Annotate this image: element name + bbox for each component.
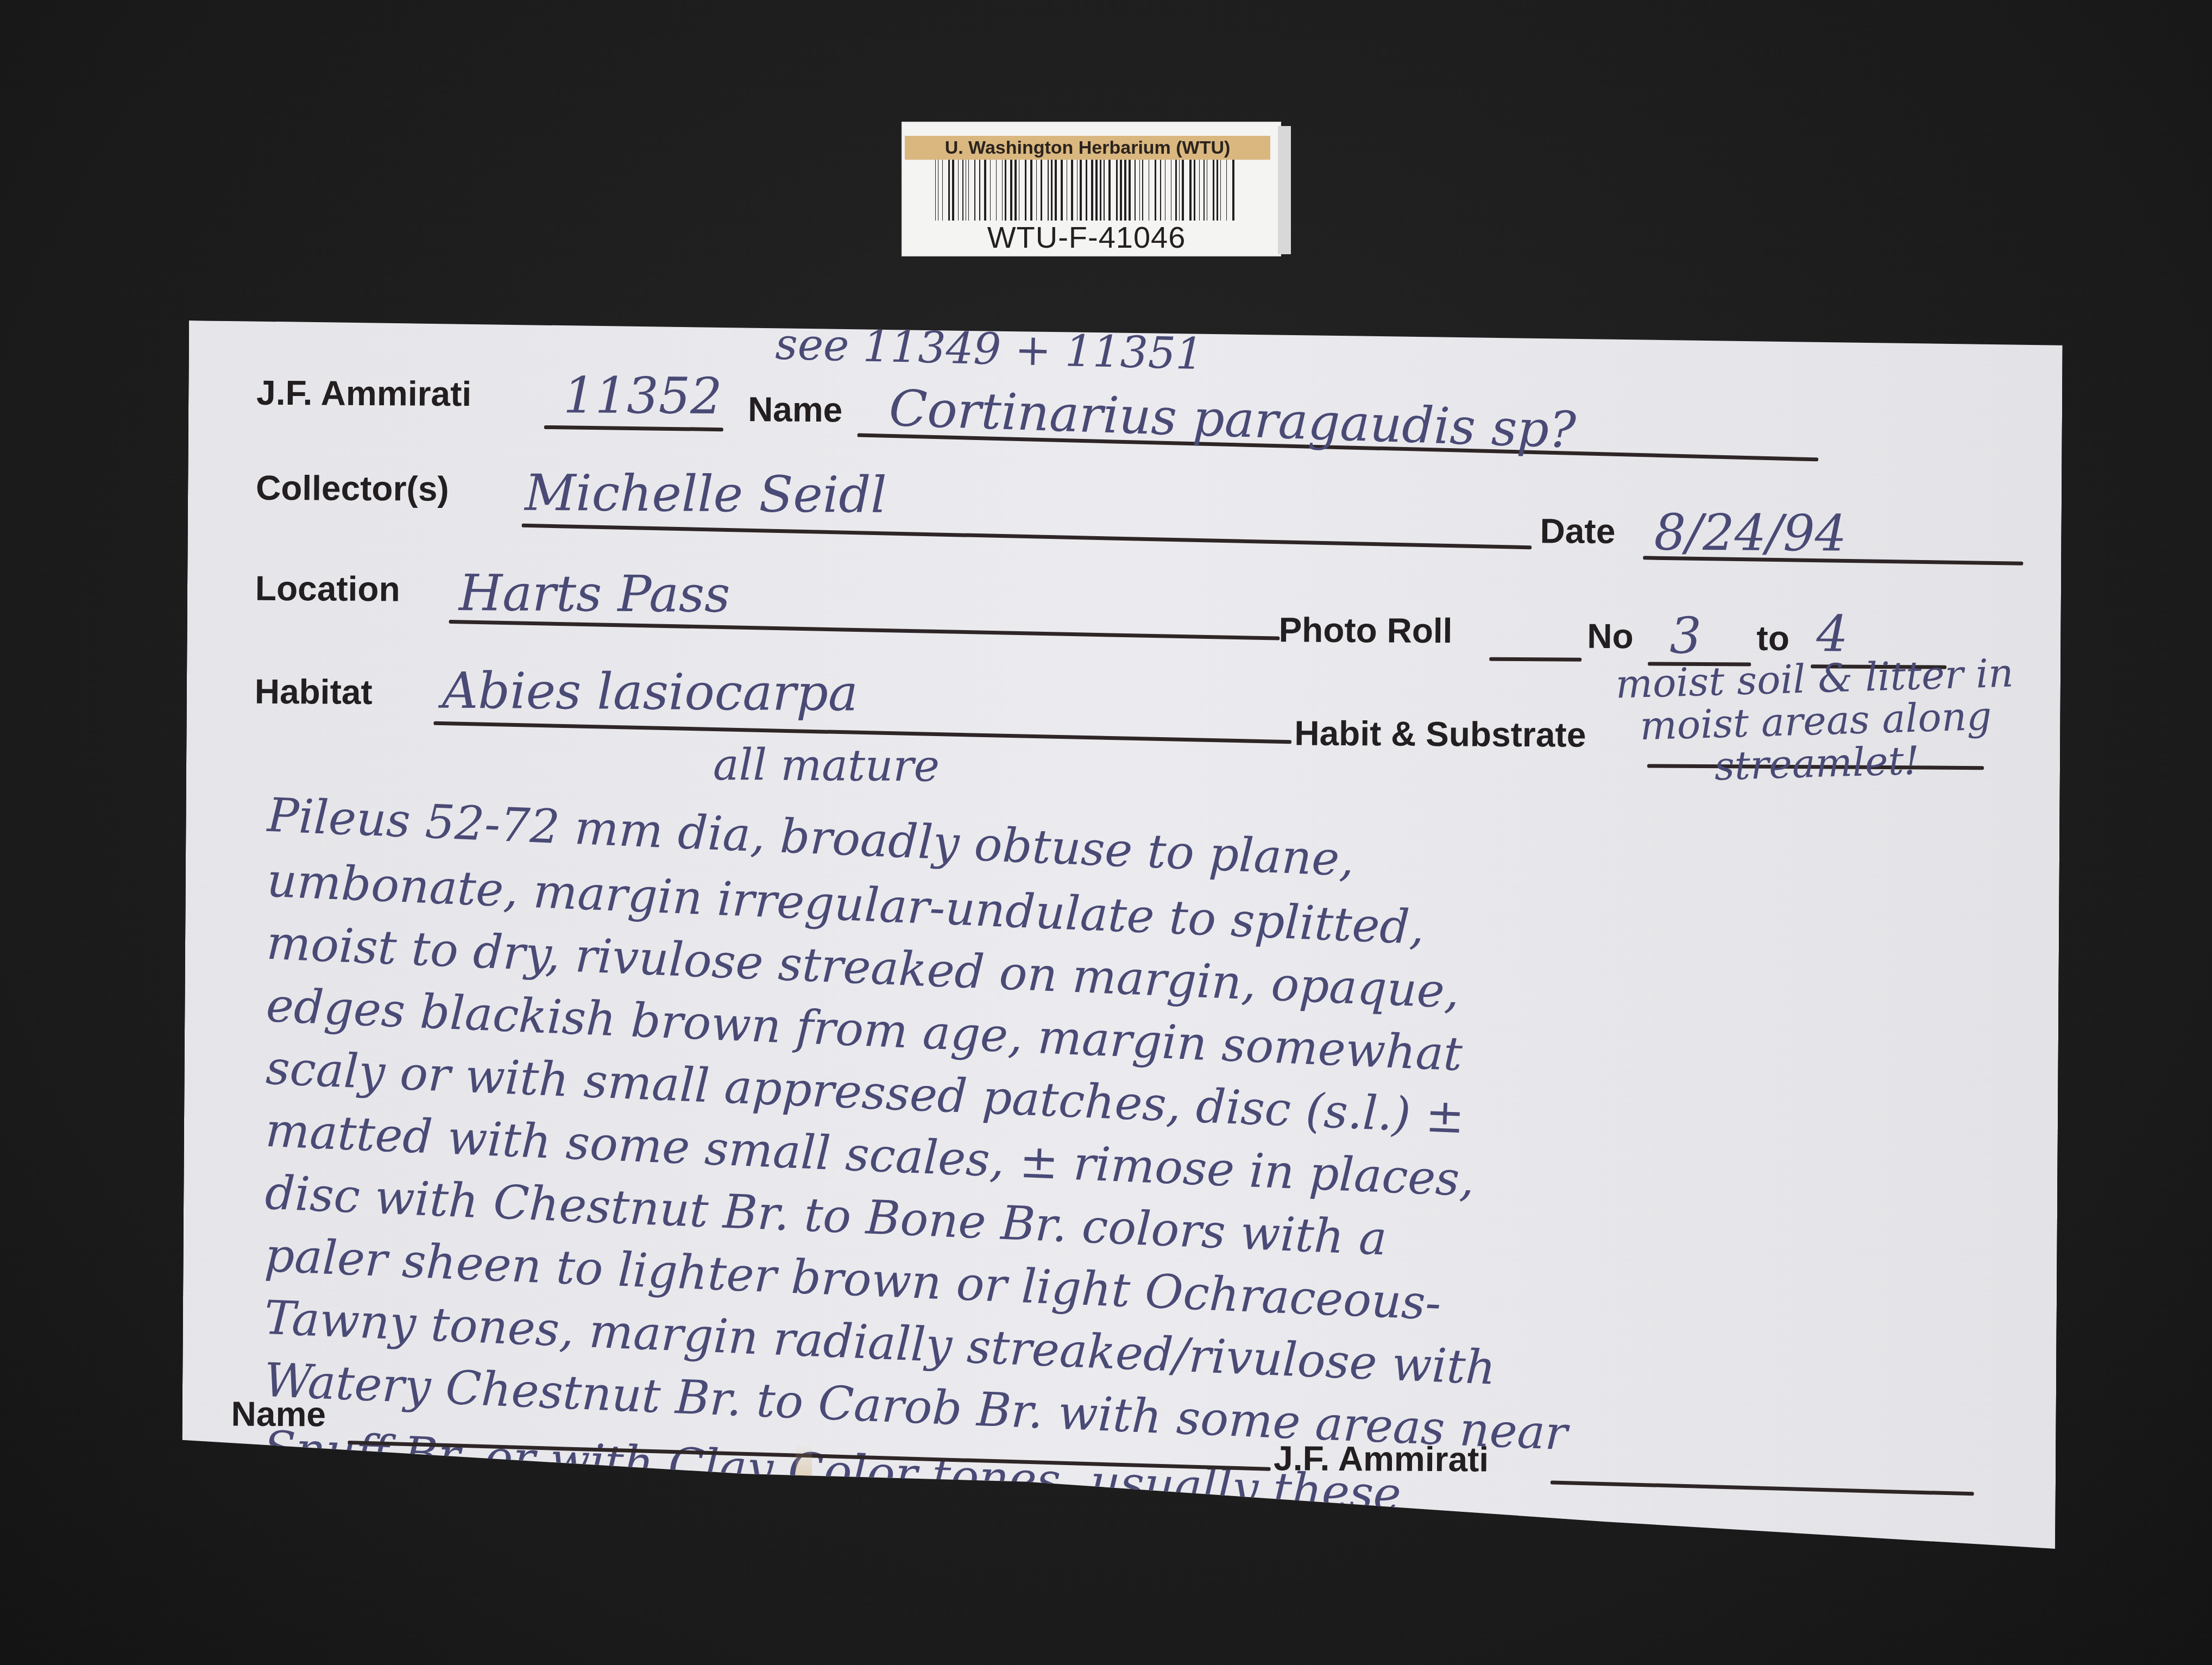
photo-no-from-value: 3 [1669,607,1701,665]
photo-to-label: to [1756,618,1789,658]
habit-substrate-label: Habit & Substrate [1294,713,1586,755]
habitat-value: Abies lasiocarpa [442,662,859,722]
label-tab [1278,126,1291,254]
photo-roll-label: Photo Roll [1278,610,1452,651]
habitat-label: Habitat [255,671,373,712]
name-label: Name [748,389,843,430]
photo-no-label: No [1587,616,1634,657]
footer-ammirati-label: J.F. Ammirati [1274,1438,1489,1479]
collectors-label: Collector(s) [256,468,449,509]
institution-name: U. Washington Herbarium (WTU) [905,136,1270,160]
footer-ammirati-rule [1551,1480,1974,1496]
date-label: Date [1540,511,1615,551]
location-value: Harts Pass [459,564,730,624]
collection-card: see 11349 + 11351 J.F. Ammirati 11352 Na… [181,321,2063,1549]
collectors-rule [522,524,1532,550]
footer-name-label: Name [231,1394,326,1435]
collector-number-value: 11352 [563,366,722,425]
collector-number-label: J.F. Ammirati [256,373,471,414]
location-rule [449,620,1280,640]
photo-roll-rule [1489,657,1581,662]
collectors-value: Michelle Seidl [525,464,887,524]
accession-number: WTU-F-41046 [903,219,1270,255]
barcode-label: U. Washington Herbarium (WTU) WTU-F-4104… [903,123,1280,255]
habitat-note: all mature [713,739,940,791]
habit-substrate-value: moist soil & litter in moist areas along… [1608,651,2024,790]
collector-number-rule [544,425,723,431]
location-label: Location [255,568,400,610]
barcode-icon [935,160,1237,221]
description-notes: Pileus 52-72 mm dia, broadly obtuse to p… [268,788,2049,799]
taxon-name-value: Cortinarius paragaudis sp? [888,379,1577,460]
date-value: 8/24/94 [1654,503,1847,562]
